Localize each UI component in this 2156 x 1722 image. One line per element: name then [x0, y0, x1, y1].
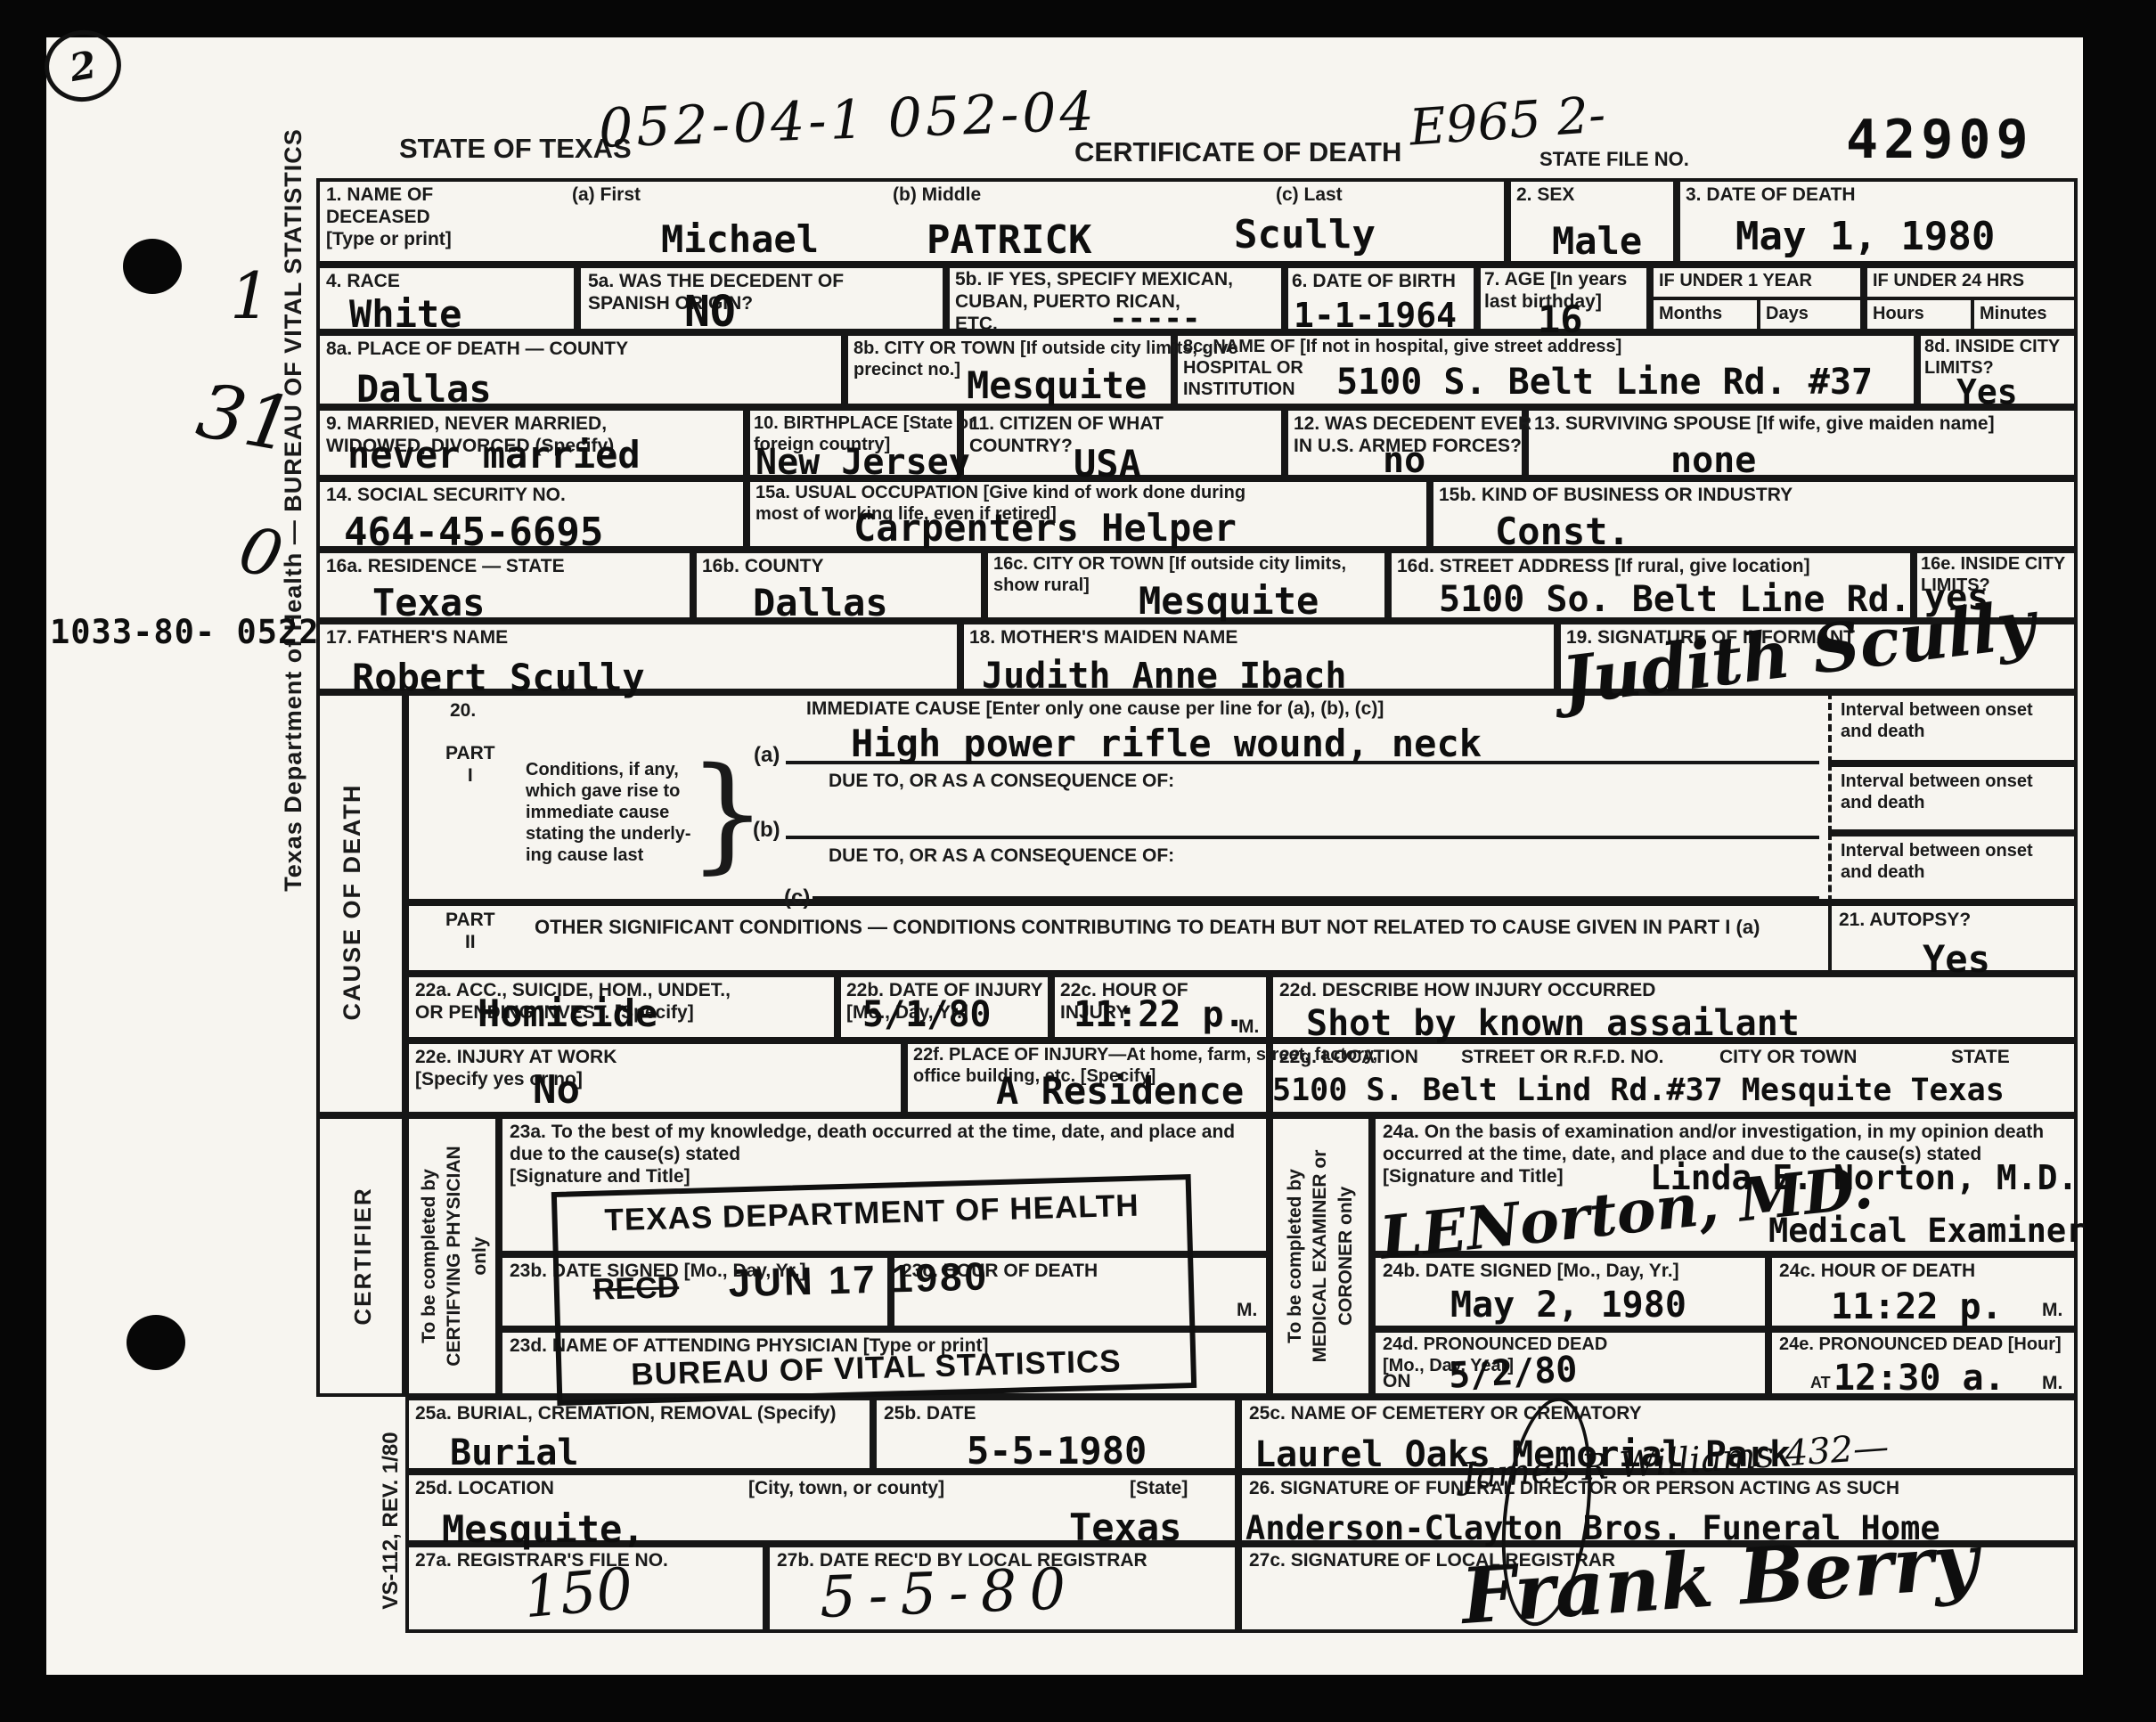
citizenship-value: USA: [1074, 442, 1141, 486]
cause-line-b-label: (b): [753, 818, 780, 844]
last-name-label: (c) Last: [1276, 184, 1343, 206]
last-name-value: Scully: [1234, 212, 1376, 257]
stamp-date: JUN 17 1980: [728, 1254, 990, 1306]
injury-at-work-label: 22e. INJURY AT WORK [Specify yes or no]: [415, 1046, 617, 1090]
injury-location-state-label: STATE: [1951, 1046, 2010, 1068]
city-of-death-value: Mesquite: [967, 363, 1147, 407]
conditions-note: Conditions, if any, which gave rise to i…: [526, 759, 691, 866]
first-name-label: (a) First: [572, 184, 641, 206]
injury-location-label: 22g. LOCATION: [1279, 1046, 1418, 1068]
hour-of-injury-value: 11:22 p.: [1074, 994, 1245, 1035]
occupation-value: Carpenters Helper: [853, 506, 1237, 550]
cause-number: 20.: [450, 699, 476, 722]
burial-location-state-value: Texas: [1069, 1506, 1181, 1549]
pronounced-dead-meridiem: M.: [2042, 1372, 2062, 1394]
injury-location-street-label: STREET OR R.F.D. NO.: [1461, 1046, 1664, 1068]
autopsy-label: 21. AUTOPSY?: [1839, 909, 1971, 931]
date-of-injury-value: 5/1/80: [862, 994, 992, 1035]
file-number-label: STATE FILE NO.: [1539, 148, 1689, 171]
ssn-label: 14. SOCIAL SECURITY NO.: [326, 484, 566, 506]
examiner-date-signed-value: May 2, 1980: [1450, 1285, 1686, 1326]
residence-city-value: Mesquite: [1139, 579, 1319, 623]
surviving-spouse-value: none: [1670, 440, 1756, 481]
months-label: Months: [1659, 303, 1722, 324]
examiner-hour-label: 24c. HOUR OF DEATH: [1779, 1260, 1975, 1282]
days-label: Days: [1766, 303, 1809, 324]
pronounced-dead-at-label: AT: [1810, 1374, 1831, 1393]
middle-name-value: PATRICK: [927, 217, 1091, 263]
hole-punch-top: [123, 239, 182, 294]
ssn-value: 464-45-6695: [344, 510, 603, 555]
age-value: 16: [1538, 298, 1583, 341]
residence-county-value: Dallas: [753, 581, 888, 624]
medical-examiner-strip-label: To be completed by MEDICAL EXAMINER or C…: [1283, 1122, 1370, 1390]
manner-value: Homicide: [478, 992, 657, 1035]
date-of-birth-value: 1-1-1964: [1294, 296, 1457, 335]
birthplace-value: New Jersey: [755, 442, 970, 483]
cause-of-death-strip-label: CAUSE OF DEATH: [339, 699, 371, 1105]
minutes-label: Minutes: [1980, 303, 2047, 324]
county-of-death-label: 8a. PLACE OF DEATH — COUNTY: [326, 338, 628, 360]
form-code-label: VS-112, REV. 1/80: [379, 1404, 409, 1637]
interval-b-label: Interval between onset and death: [1841, 771, 2033, 813]
sex-value: Male: [1552, 219, 1642, 263]
residence-street-label: 16d. STREET ADDRESS [If rural, give loca…: [1397, 555, 1810, 577]
date-of-death-label: 3. DATE OF DEATH: [1686, 184, 1856, 206]
cause-line-b-rule: [786, 836, 1819, 839]
hole-punch-bottom: [127, 1315, 185, 1370]
pronounced-dead-hour-label: 24e. PRONOUNCED DEAD [Hour]: [1779, 1334, 2062, 1355]
mother-name-value: Judith Anne Ibach: [982, 656, 1346, 697]
scanned-death-certificate: { "meta": { "sheet_no": "2" }, "margin":…: [0, 0, 2156, 1722]
residence-county-label: 16b. COUNTY: [702, 555, 824, 577]
injury-location-city-label: CITY OR TOWN: [1719, 1046, 1857, 1068]
margin-case-code: 1033-80- 0522: [50, 613, 320, 651]
immediate-cause-label: IMMEDIATE CAUSE [Enter only one cause pe…: [806, 698, 1384, 720]
surviving-spouse-label: 13. SURVIVING SPOUSE [If wife, give maid…: [1534, 412, 1995, 435]
first-name-value: Michael: [661, 217, 819, 261]
under-24-hrs-col-divider: [1971, 297, 1974, 332]
name-label: 1. NAME OF DECEASED [Type or print]: [326, 184, 452, 251]
injury-at-work-value: No: [533, 1067, 580, 1113]
pronounced-dead-hour-value: 12:30 a.: [1833, 1358, 2005, 1399]
under-1-year-label: IF UNDER 1 YEAR: [1659, 270, 1812, 291]
burial-location-state-note: [State]: [1130, 1477, 1188, 1499]
sheet-number: 2: [66, 42, 99, 89]
due-to-1-label: DUE TO, OR AS A CONSEQUENCE OF:: [829, 770, 1174, 792]
pronounced-dead-date-value: 5/2/80: [1448, 1349, 1579, 1396]
county-of-death-value: Dallas: [356, 367, 492, 411]
mother-name-label: 18. MOTHER'S MAIDEN NAME: [969, 626, 1237, 649]
physician-hour-meridiem: M.: [1237, 1299, 1257, 1321]
part-2-text: OTHER SIGNIFICANT CONDITIONS — CONDITION…: [535, 916, 1760, 939]
spanish-specify-value: -----: [1109, 301, 1200, 337]
interval-a-label: Interval between onset and death: [1841, 699, 2033, 742]
pronounced-dead-on-label: ON: [1383, 1370, 1411, 1392]
hospital-value: 5100 S. Belt Line Rd. #37: [1336, 362, 1873, 403]
examiner-hour-value: 11:22 p.: [1831, 1286, 2003, 1327]
marital-status-value: never married: [347, 433, 641, 477]
father-name-value: Robert Scully: [352, 656, 645, 699]
under-1-year-col-divider: [1757, 297, 1760, 332]
stamp-line-1: TEXAS DEPARTMENT OF HEALTH: [557, 1187, 1187, 1240]
state-file-number: 42909: [1846, 109, 2034, 171]
burial-location-city-note: [City, town, or county]: [748, 1477, 944, 1499]
burial-value: Burial: [450, 1432, 579, 1473]
cause-line-a-label: (a): [754, 743, 780, 769]
date-received-value: 5-5-80: [819, 1556, 1080, 1631]
date-of-birth-label: 6. DATE OF BIRTH: [1292, 270, 1456, 292]
cause-line-a-value: High power rifle wound, neck: [851, 722, 1482, 765]
part-2-label: PART II: [445, 909, 495, 953]
burial-location-label: 25d. LOCATION: [415, 1477, 554, 1499]
certifier-strip-label: CERTIFIER: [349, 1127, 380, 1385]
place-of-injury-value: A Residence: [996, 1069, 1244, 1113]
autopsy-value: Yes: [1923, 937, 1990, 981]
how-injury-label: 22d. DESCRIBE HOW INJURY OCCURRED: [1279, 979, 1655, 1001]
industry-label: 15b. KIND OF BUSINESS OR INDUSTRY: [1439, 484, 1793, 506]
cause-line-c-label: (c): [784, 885, 810, 911]
cause-line-c-rule: [813, 896, 1819, 900]
burial-location-city-value: Mesquite,: [442, 1507, 645, 1551]
armed-forces-value: no: [1383, 440, 1425, 481]
registrar-file-no-value: 150: [521, 1556, 635, 1631]
inside-city-limits-death-value: Yes: [1956, 372, 2018, 412]
agency-side-label: Texas Department of Health — BUREAU OF V…: [280, 116, 314, 904]
residence-state-value: Texas: [372, 581, 485, 624]
margin-note-31: 31: [191, 366, 299, 469]
burial-date-value: 5-5-1980: [967, 1429, 1147, 1473]
date-of-death-value: May 1, 1980: [1735, 214, 1995, 259]
stamp-line-3: BUREAU OF VITAL STATISTICS: [561, 1342, 1191, 1395]
sex-label: 2. SEX: [1516, 184, 1574, 206]
due-to-2-label: DUE TO, OR AS A CONSEQUENCE OF:: [829, 845, 1174, 867]
examiner-hour-meridiem: M.: [2042, 1299, 2062, 1321]
industry-value: Const.: [1495, 510, 1630, 553]
injury-location-value: 5100 S. Belt Lind Rd.#37 Mesquite Texas: [1272, 1073, 2005, 1108]
residence-state-label: 16a. RESIDENCE — STATE: [326, 555, 565, 577]
received-stamp: TEXAS DEPARTMENT OF HEALTH RECD JUN 17 1…: [551, 1174, 1196, 1406]
spanish-origin-value: NO: [684, 287, 736, 337]
margin-note-1: 1: [230, 258, 271, 333]
under-24-hrs-label: IF UNDER 24 HRS: [1873, 270, 2024, 291]
certifying-physician-strip-label: To be completed by CERTIFYING PHYSICIAN …: [417, 1122, 499, 1390]
race-value: White: [349, 292, 461, 336]
header-title: CERTIFICATE OF DEATH: [1074, 135, 1401, 168]
father-name-label: 17. FATHER'S NAME: [326, 626, 508, 649]
stamp-recd: RECD: [592, 1270, 679, 1308]
how-injury-value: Shot by known assailant: [1306, 1003, 1800, 1044]
burial-label: 25a. BURIAL, CREMATION, REMOVAL (Specify…: [415, 1402, 837, 1424]
middle-name-label: (b) Middle: [893, 184, 981, 206]
interval-c-label: Interval between onset and death: [1841, 840, 2033, 883]
burial-date-label: 25b. DATE: [884, 1402, 976, 1424]
part-1-label: PART I: [445, 742, 495, 787]
header-state: STATE OF TEXAS: [399, 132, 632, 165]
race-label: 4. RACE: [326, 270, 400, 292]
hours-label: Hours: [1873, 303, 1924, 324]
